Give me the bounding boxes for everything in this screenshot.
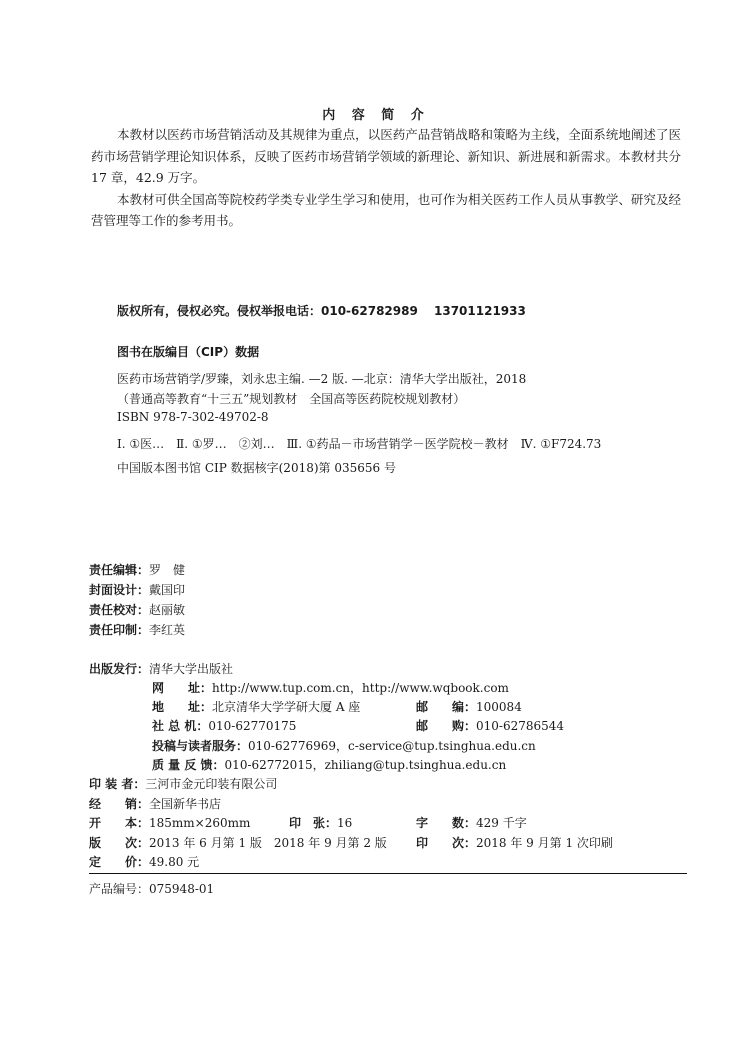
product-code: 产品编号：075948-01: [89, 879, 214, 899]
distributor: 经 销：全国新华书店: [89, 794, 221, 814]
publisher-postcode: 邮 编：100084: [416, 697, 522, 717]
credit-proofreader-label: 责任校对：: [89, 603, 149, 617]
publisher-website-label: 网 址：: [152, 681, 212, 695]
cip-line-title: 医药市场营销学/罗臻，刘永忠主编. —2 版. —北京：清华大学出版社，2018: [117, 370, 526, 387]
sheets-label: 印 张：: [289, 816, 337, 830]
impression-value: 2018 年 9 月第 1 次印刷: [476, 836, 613, 850]
product-code-label: 产品编号：: [89, 882, 149, 896]
impression: 印 次：2018 年 9 月第 1 次印刷: [416, 833, 613, 853]
publisher-label: 出版发行：: [89, 662, 149, 676]
edition-label: 版 次：: [89, 836, 149, 850]
sheets-value: 16: [337, 816, 352, 830]
sheets: 印 张：16: [289, 813, 352, 833]
credit-cover-design: 封面设计：戴国印: [89, 580, 185, 600]
edition-value: 2013 年 6 月第 1 版 2018 年 9 月第 2 版: [149, 836, 387, 850]
word-count: 字 数：429 千字: [416, 813, 527, 833]
publisher-switchboard-value: 010-62770175: [208, 719, 296, 733]
publisher-mail-order: 邮 购：010-62786544: [416, 716, 564, 736]
credit-cover-design-label: 封面设计：: [89, 583, 149, 597]
summary-paragraph-1: 本教材以医药市场营销活动及其规律为重点，以医药产品营销战略和策略为主线，全面系统…: [91, 124, 681, 189]
credit-printing-manager-label: 责任印制：: [89, 623, 149, 637]
credit-proofreader-value: 赵丽敏: [149, 603, 185, 617]
printer: 印 装 者：三河市金元印装有限公司: [89, 774, 277, 794]
publisher-address: 地 址：北京清华大学学研大厦 A 座: [152, 697, 360, 717]
price: 定 价：49.80 元: [89, 852, 199, 872]
printer-value: 三河市金元印装有限公司: [145, 777, 277, 791]
summary-paragraph-2: 本教材可供全国高等院校药学类专业学生学习和使用，也可作为相关医药工作人员从事教学…: [91, 189, 681, 232]
publisher-mail-order-label: 邮 购：: [416, 719, 476, 733]
publisher-submission-value: 010-62776969，c-service@tup.tsinghua.edu.…: [248, 739, 536, 753]
credit-printing-manager: 责任印制：李红英: [89, 620, 185, 640]
publisher-postcode-value: 100084: [476, 700, 522, 714]
cip-line-classification: Ⅰ. ①医… Ⅱ. ①罗… ②刘… Ⅲ. ①药品－市场营销学－医学院校－教材 Ⅳ…: [117, 435, 601, 452]
cip-line-isbn: ISBN 978-7-302-49702-8: [117, 410, 269, 424]
publisher-switchboard-label: 社 总 机：: [152, 719, 208, 733]
distributor-label: 经 销：: [89, 797, 149, 811]
publisher-address-value: 北京清华大学学研大厦 A 座: [212, 700, 360, 714]
price-label: 定 价：: [89, 855, 149, 869]
credit-editor-value: 罗 健: [149, 563, 185, 577]
price-value: 49.80 元: [149, 855, 199, 869]
credit-proofreader: 责任校对：赵丽敏: [89, 600, 185, 620]
publisher-website-value: http://www.tup.com.cn，http://www.wqbook.…: [212, 681, 509, 695]
product-code-value: 075948-01: [149, 882, 214, 896]
publisher: 出版发行：清华大学出版社: [89, 659, 233, 679]
publisher-postcode-label: 邮 编：: [416, 700, 476, 714]
publisher-feedback-label: 质 量 反 馈：: [152, 758, 225, 772]
summary-title: 内 容 简 介: [0, 104, 752, 123]
word-count-value: 429 千字: [476, 816, 527, 830]
publisher-feedback: 质 量 反 馈：010-62772015，zhiliang@tup.tsingh…: [152, 755, 506, 775]
publisher-submission-label: 投稿与读者服务：: [152, 739, 248, 753]
horizontal-rule: [89, 873, 687, 874]
copyright-notice: 版权所有，侵权必究。侵权举报电话：010-62782989 1370112193…: [117, 302, 526, 319]
credit-editor: 责任编辑：罗 健: [89, 560, 185, 580]
summary-body: 本教材以医药市场营销活动及其规律为重点，以医药产品营销战略和策略为主线，全面系统…: [91, 124, 681, 232]
publisher-website: 网 址：http://www.tup.com.cn，http://www.wqb…: [152, 678, 509, 698]
publisher-switchboard: 社 总 机：010-62770175: [152, 716, 296, 736]
publisher-submission: 投稿与读者服务：010-62776969，c-service@tup.tsing…: [152, 736, 536, 756]
publisher-mail-order-value: 010-62786544: [476, 719, 564, 733]
format: 开 本：185mm×260mm: [89, 813, 250, 833]
distributor-value: 全国新华书店: [149, 797, 221, 811]
printer-label: 印 装 者：: [89, 777, 145, 791]
publisher-value: 清华大学出版社: [149, 662, 233, 676]
cip-line-verification: 中国版本图书馆 CIP 数据核字(2018)第 035656 号: [117, 459, 396, 476]
credit-cover-design-value: 戴国印: [149, 583, 185, 597]
word-count-label: 字 数：: [416, 816, 476, 830]
format-value: 185mm×260mm: [149, 816, 250, 830]
credit-editor-label: 责任编辑：: [89, 563, 149, 577]
edition: 版 次：2013 年 6 月第 1 版 2018 年 9 月第 2 版: [89, 833, 387, 853]
impression-label: 印 次：: [416, 836, 476, 850]
format-label: 开 本：: [89, 816, 149, 830]
publisher-address-label: 地 址：: [152, 700, 212, 714]
cip-line-series: （普通高等教育“十三五”规划教材 全国高等医药院校规划教材）: [117, 390, 465, 407]
publisher-feedback-value: 010-62772015，zhiliang@tup.tsinghua.edu.c…: [225, 758, 507, 772]
cip-heading: 图书在版编目（CIP）数据: [117, 343, 259, 360]
credit-printing-manager-value: 李红英: [149, 623, 185, 637]
